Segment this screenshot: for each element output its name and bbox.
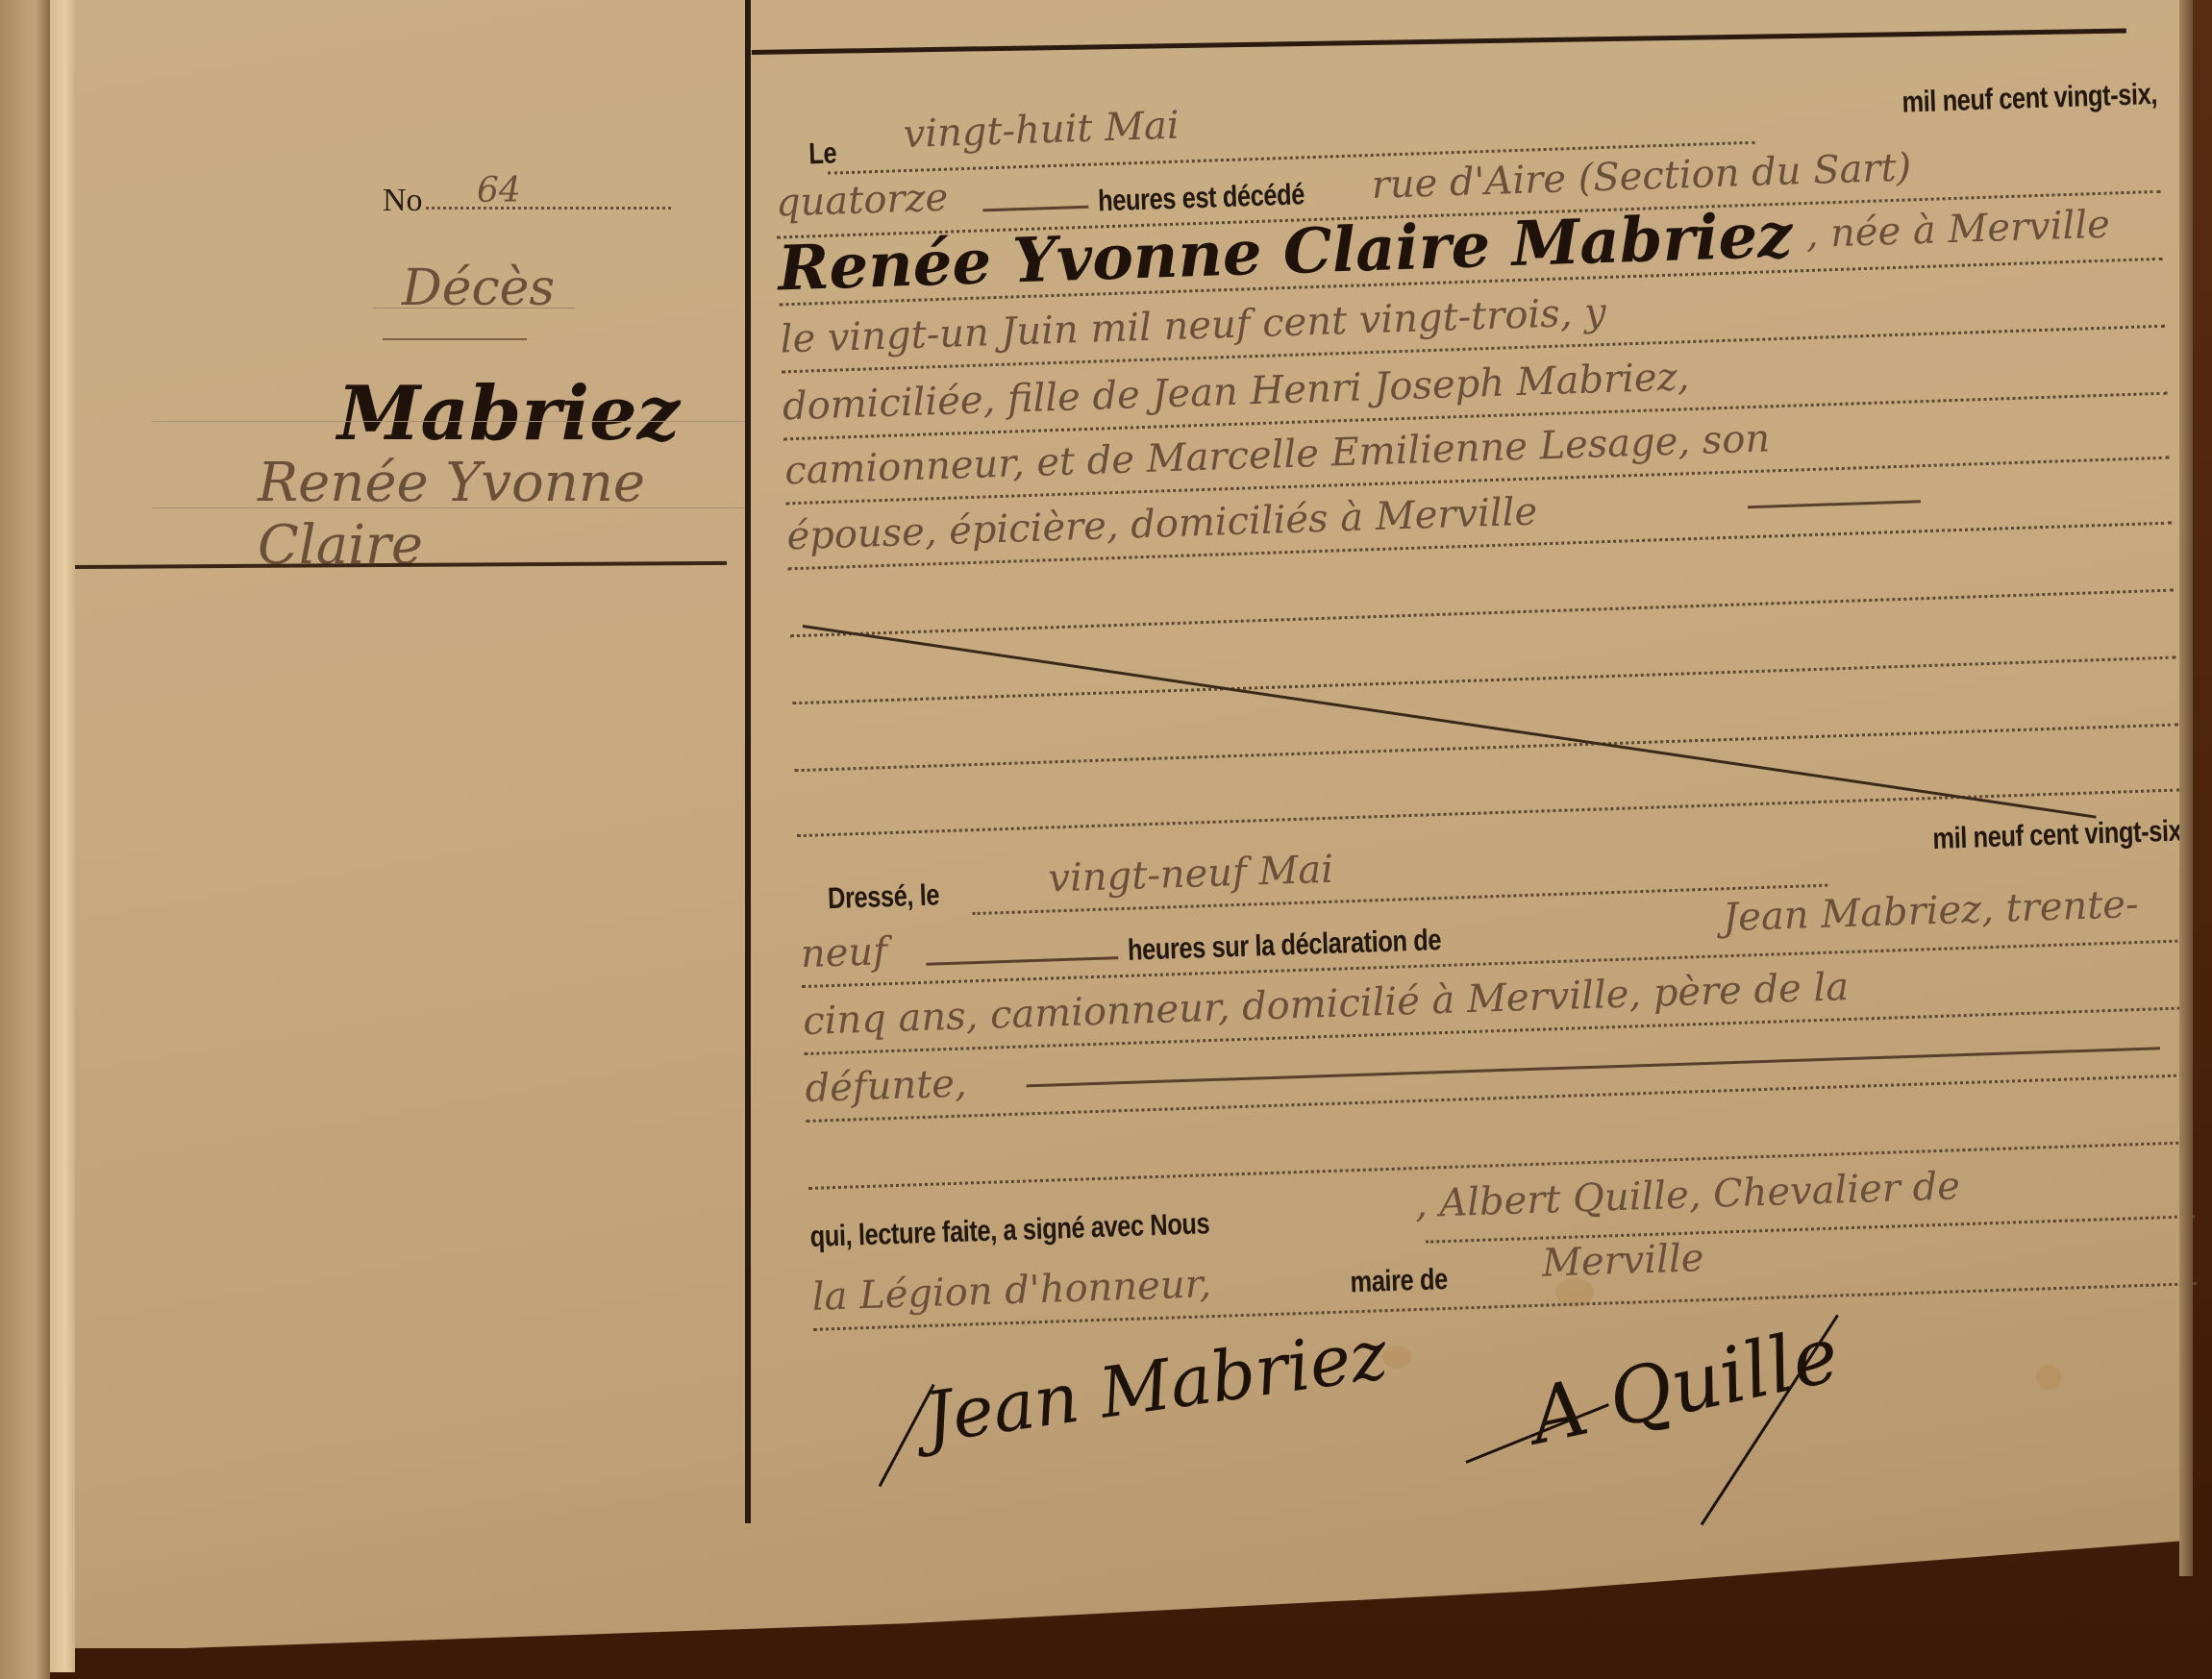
- label-le: Le: [808, 136, 837, 171]
- facing-page-edge: [0, 0, 50, 1679]
- officer-name: , Albert Quille, Chevalier de: [1414, 1164, 1960, 1226]
- label-heures-declaration: heures sur la déclaration de: [1127, 923, 1441, 968]
- commune: Merville: [1541, 1236, 1704, 1286]
- filler-dash: [1748, 500, 1921, 508]
- birth-place: , née à Merville: [1805, 203, 2111, 257]
- label-lecture: qui, lecture faite, a signé avec Nous: [809, 1206, 1210, 1254]
- drafting-hour: neuf: [800, 929, 887, 976]
- drafting-date: vingt-neuf Mai: [1048, 848, 1334, 901]
- margin-summary: No 64 Décès Mabriez Renée Yvonne Claire: [75, 0, 745, 1648]
- book-right-edge: [2179, 0, 2193, 1576]
- label-dresse: Dressé, le: [827, 877, 939, 916]
- label-maire: maire de: [1350, 1262, 1448, 1299]
- year-print: mil neuf cent vingt-six,: [1901, 77, 2158, 120]
- officer-title: la Légion d'honneur,: [811, 1262, 1212, 1320]
- separator-rule: [383, 338, 527, 340]
- death-date: vingt-huit Mai: [903, 104, 1180, 157]
- column-divider: [745, 0, 751, 1523]
- number-label: No: [383, 183, 423, 219]
- act-type: Décès: [402, 259, 555, 317]
- ruled-line: [373, 308, 575, 309]
- filler-dash: [926, 956, 1118, 966]
- act-body: Le vingt-huit Mai mil neuf cent vingt-si…: [759, 0, 2212, 1537]
- page-gutter-strip: [50, 0, 75, 1672]
- death-hour: quatorze: [775, 176, 949, 226]
- defunte-text: défunte,: [805, 1061, 968, 1111]
- surname: Mabriez: [337, 370, 680, 457]
- year-print-2: mil neuf cent vingt-six: [1932, 813, 2182, 856]
- ruled-line: [152, 421, 748, 422]
- label-heures-decede: heures est décédé: [1098, 177, 1305, 218]
- number-dotted-line: [426, 207, 671, 210]
- given-names: Renée Yvonne Claire: [258, 452, 745, 577]
- ruled-line: [152, 507, 748, 508]
- filler-dash: [982, 206, 1088, 212]
- entry-number: 64: [477, 171, 521, 210]
